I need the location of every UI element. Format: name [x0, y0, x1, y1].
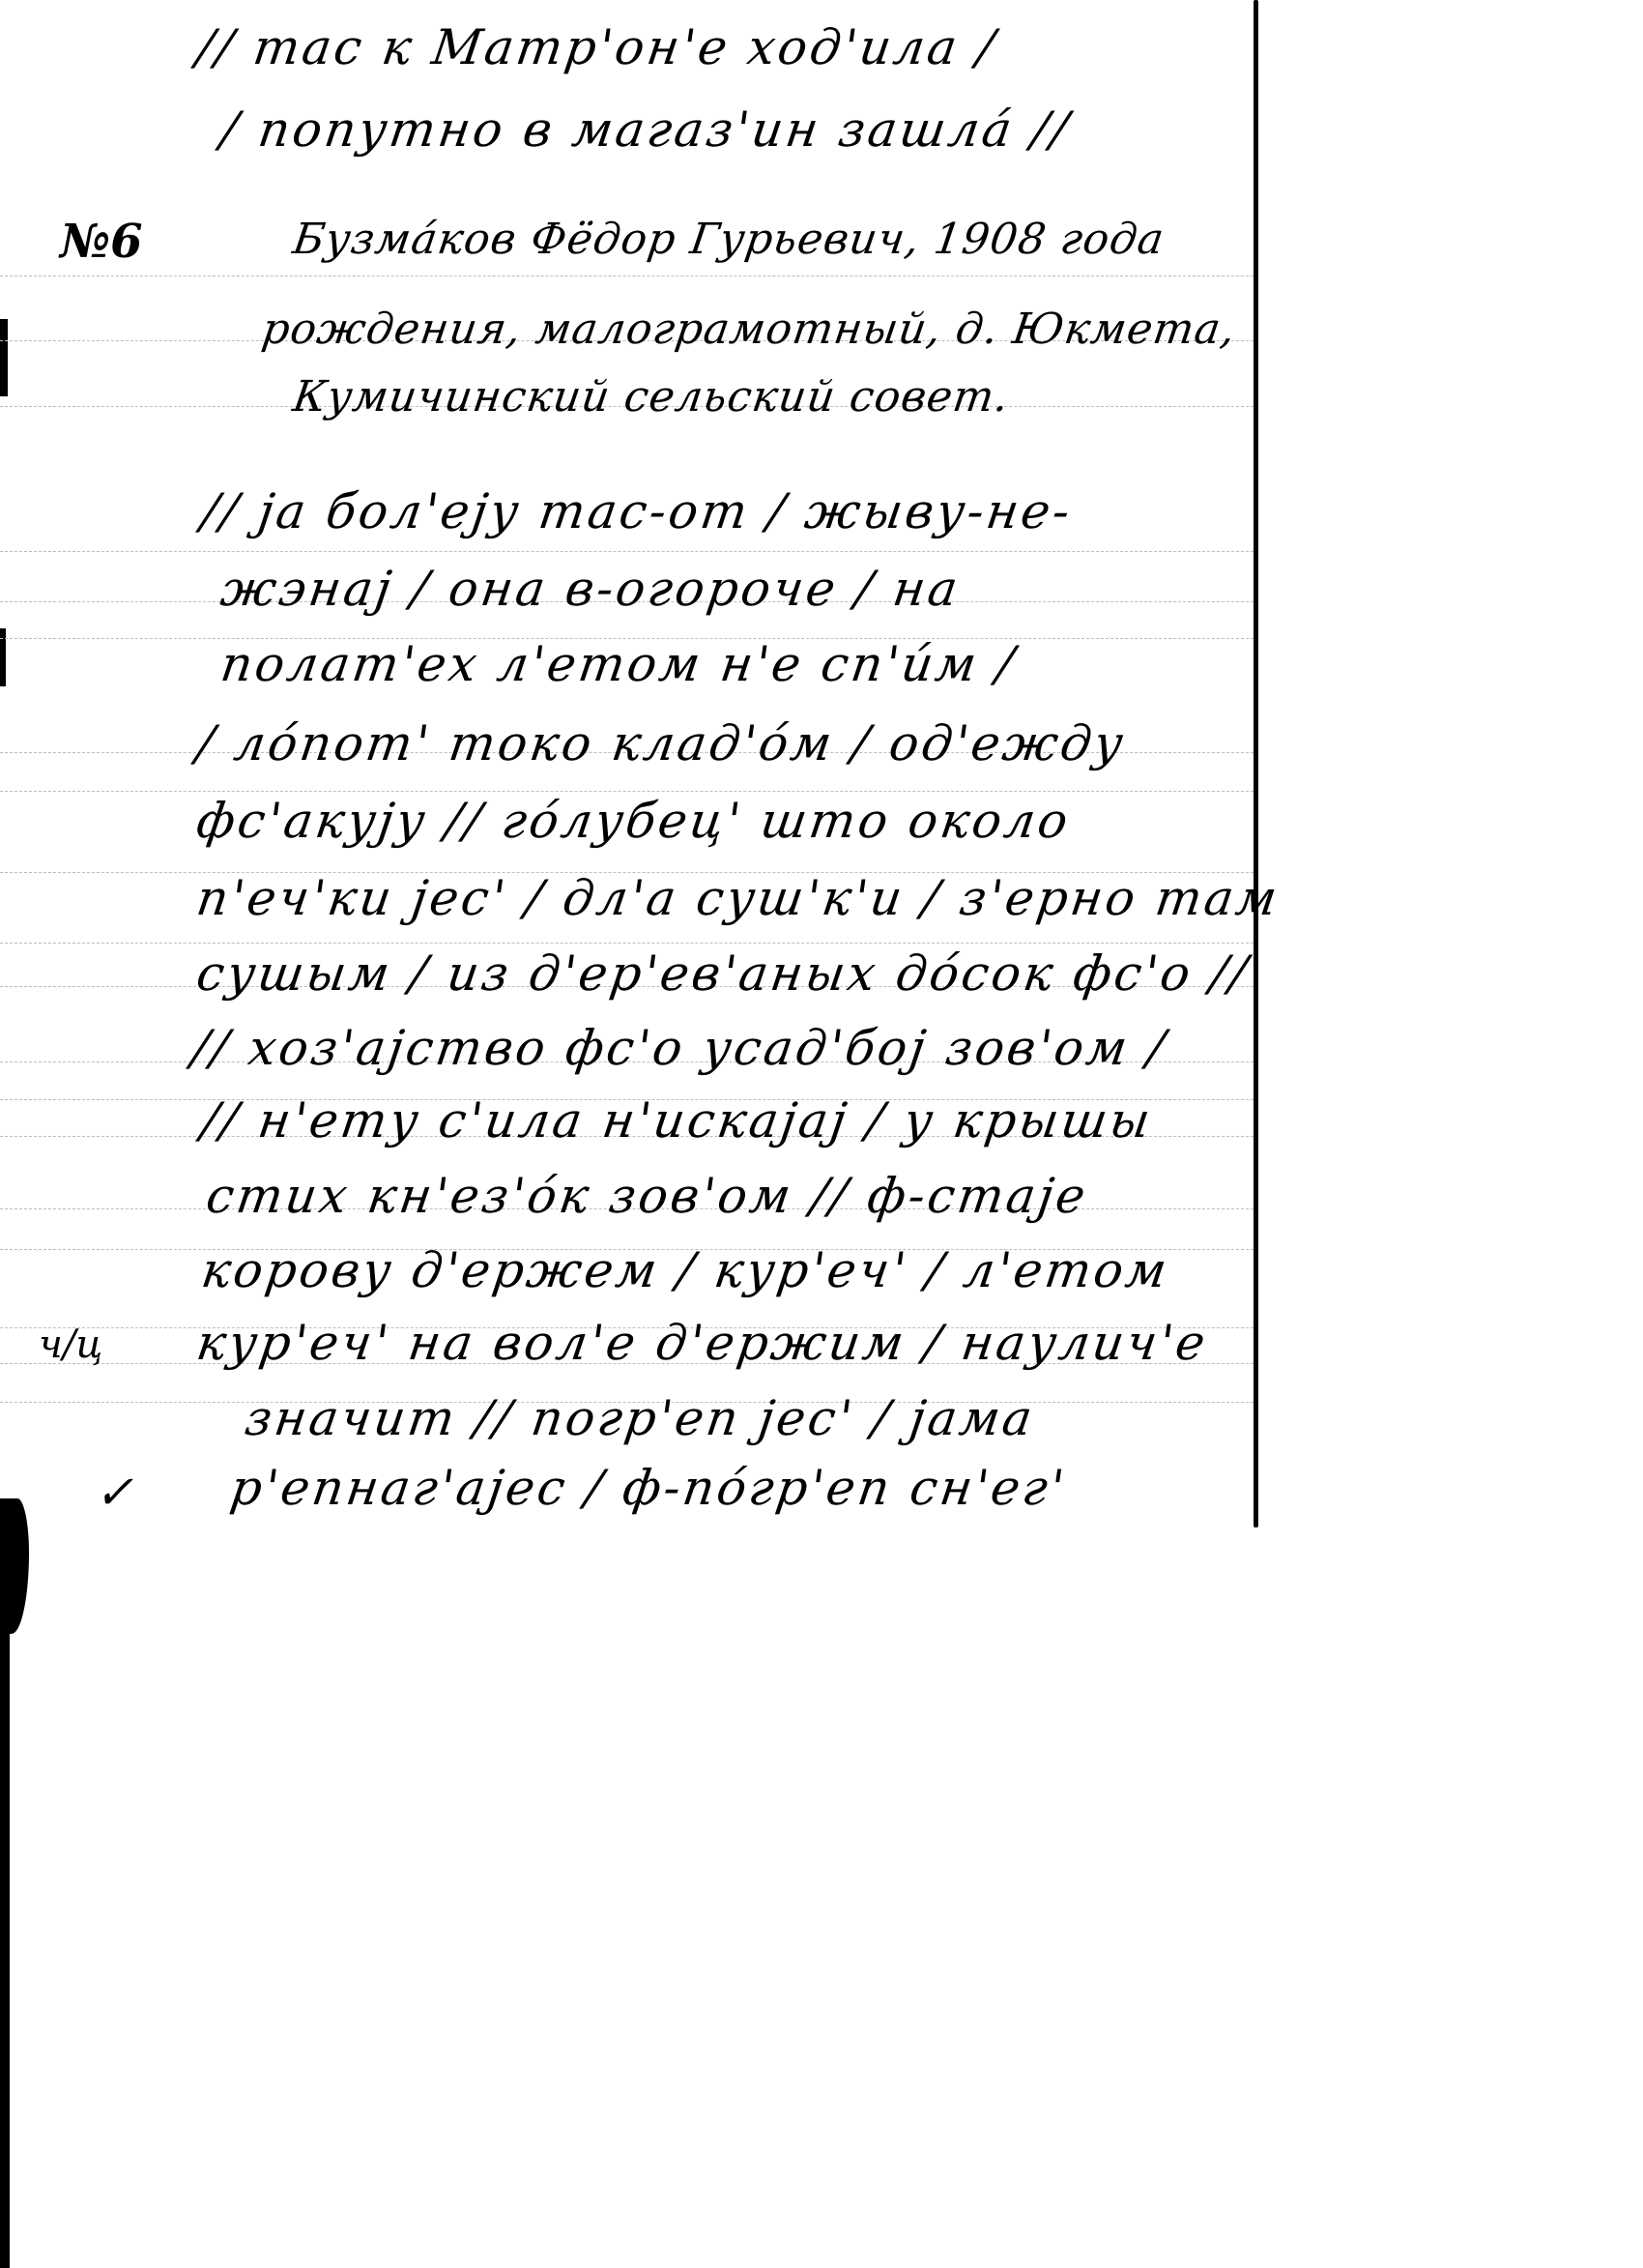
- scanned-page: №6 ч/ц ✓ // тас к Матр'он'е ход'ила / / …: [0, 0, 1643, 2268]
- text-line: р'епнаг'ајес / ф-пóгр'еп сн'ег': [227, 1460, 1070, 1516]
- ruled-line: [0, 791, 1254, 792]
- text-line: / лóпот' токо клад'óм / од'ежду: [193, 715, 1129, 771]
- scan-shadow-blob: [0, 1498, 29, 1634]
- text-line: п'еч'ки јес' / дл'а суш'к'и / з'ерно там: [193, 870, 1283, 926]
- text-line: / попутно в магаз'ин зашла́ //: [217, 102, 1075, 158]
- text-line: полат'ех л'етом н'е сп'и́м /: [217, 636, 1020, 692]
- text-line: стих кн'ез'óк зов'ом // ф-стајe: [203, 1168, 1091, 1224]
- entry-number: №6: [60, 215, 143, 269]
- text-line: корову д'ержем / кур'еч' / л'етом: [198, 1242, 1173, 1298]
- informant-line: рождения, малограмотный, д. Юкмета,: [259, 305, 1239, 354]
- ruled-line: [0, 276, 1254, 276]
- scan-shadow-edge: [0, 319, 8, 396]
- text-line: // тас к Матр'он'е ход'ила /: [193, 19, 1000, 75]
- text-line: значит // погр'еп јес' / јама: [242, 1390, 1038, 1446]
- margin-note: ч/ц: [39, 1323, 102, 1367]
- informant-line: Бузмáков Фёдор Гурьевич, 1908 года: [290, 215, 1167, 264]
- text-line: сушым / из д'ер'ев'аных дóсок фс'о //: [193, 945, 1254, 1002]
- text-line: // хоз'ајство фс'о усад'бој зов'ом /: [188, 1020, 1171, 1076]
- ruled-line: [0, 551, 1254, 552]
- text-line: фс'акују // гóлубец' што около: [193, 793, 1074, 849]
- scan-shadow-edge: [0, 628, 6, 686]
- text-line: кур'еч' на вол'е д'ержим / наулич'е: [193, 1315, 1211, 1371]
- text-line: // н'ету с'ила н'искајај / у крышы: [198, 1092, 1156, 1149]
- informant-line: Кумичинский сельский совет.: [290, 372, 1013, 422]
- text-line: жэнај / она в-огороче / на: [217, 561, 964, 617]
- ruled-line: [0, 943, 1254, 944]
- text-line: // ја бол'еју тас-от / жыву-не-: [198, 483, 1076, 539]
- page-right-border: [1254, 0, 1258, 1527]
- check-mark-icon: ✓: [95, 1466, 133, 1520]
